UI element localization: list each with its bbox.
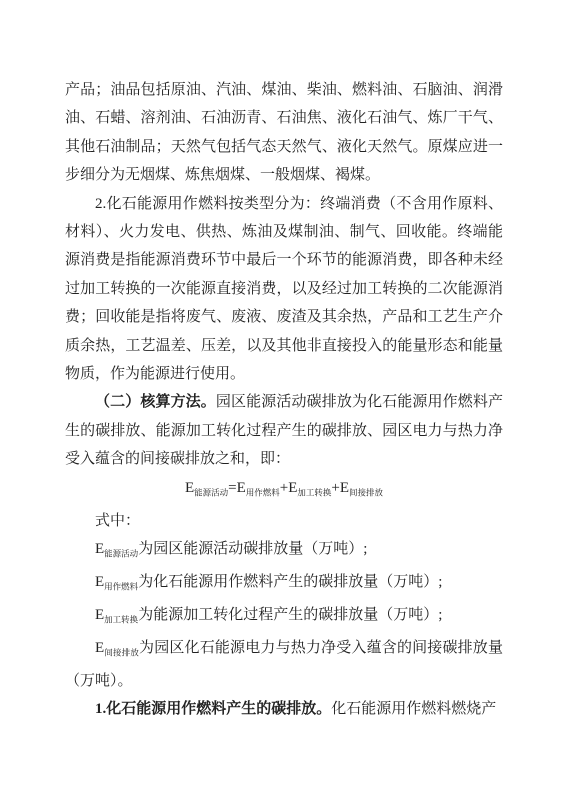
paragraph-fuel-list-continued: 产品；油品包括原油、汽油、煤油、柴油、燃料油、石脑油、润滑油、石蜡、溶剂油、石油…: [65, 76, 503, 190]
definition-indirect-emission: E间接排放为园区化石能源电力与热力净受入蕴含的间接碳排放量（万吨）。: [65, 634, 503, 695]
definition-subscript: 能源活动: [104, 549, 138, 559]
fuel-combustion-text: 化石能源用作燃料燃烧产: [331, 701, 496, 717]
formula-subscript-used-as-fuel: 用作燃料: [246, 487, 280, 497]
formula-subscript-processing-conversion: 加工转换: [297, 487, 331, 497]
paragraph-accounting-method: （二）核算方法。园区能源活动碳排放为化石能源用作燃料产生的碳排放、能源加工转化过…: [65, 388, 503, 473]
definition-symbol: E: [95, 607, 104, 623]
definition-symbol: E: [95, 541, 104, 557]
definition-used-as-fuel: E用作燃料为化石能源用作燃料产生的碳排放量（万吨）;: [65, 568, 503, 601]
accounting-method-heading: （二）核算方法。: [95, 394, 216, 410]
definition-subscript: 间接排放: [104, 647, 139, 657]
formula-term-energy-activity: E: [185, 480, 194, 496]
paragraph-fuel-usage-types: 2.化石能源用作燃料按类型分为：终端消费（不含用作原料、材料）、火力发电、供热、…: [65, 190, 503, 389]
definition-energy-activity: E能源活动为园区能源活动碳排放量（万吨）;: [65, 535, 503, 568]
definition-processing-conversion: E加工转换为能源加工转化过程产生的碳排放量（万吨）;: [65, 601, 503, 634]
formula-term-indirect-emission: +E: [331, 480, 349, 496]
formula-subscript-energy-activity: 能源活动: [194, 487, 228, 497]
definition-subscript: 加工转换: [104, 614, 138, 624]
definition-text: 为化石能源用作燃料产生的碳排放量（万吨）;: [138, 574, 442, 590]
definition-symbol: E: [95, 574, 104, 590]
document-page: 产品；油品包括原油、汽油、煤油、柴油、燃料油、石脑油、润滑油、石蜡、溶剂油、石油…: [0, 0, 567, 800]
formula-term-processing-conversion: +E: [280, 480, 298, 496]
formula-subscript-indirect-emission: 间接排放: [349, 487, 383, 497]
definition-symbol: E: [95, 640, 104, 656]
definition-subscript: 用作燃料: [104, 581, 138, 591]
where-label: 式中：: [65, 507, 503, 535]
emission-sum-formula: E能源活动=E用作燃料+E加工转换+E间接排放: [65, 474, 503, 507]
definition-text: 为园区能源活动碳排放量（万吨）;: [138, 541, 367, 557]
paragraph-fuel-combustion-emission: 1.化石能源用作燃料产生的碳排放。化石能源用作燃料燃烧产: [65, 695, 503, 723]
fuel-combustion-heading: 1.化石能源用作燃料产生的碳排放。: [95, 701, 331, 717]
formula-term-used-as-fuel: =E: [228, 480, 246, 496]
definition-text: 为能源加工转化过程产生的碳排放量（万吨）;: [138, 607, 442, 623]
page-content: 产品；油品包括原油、汽油、煤油、柴油、燃料油、石脑油、润滑油、石蜡、溶剂油、石油…: [65, 76, 503, 723]
